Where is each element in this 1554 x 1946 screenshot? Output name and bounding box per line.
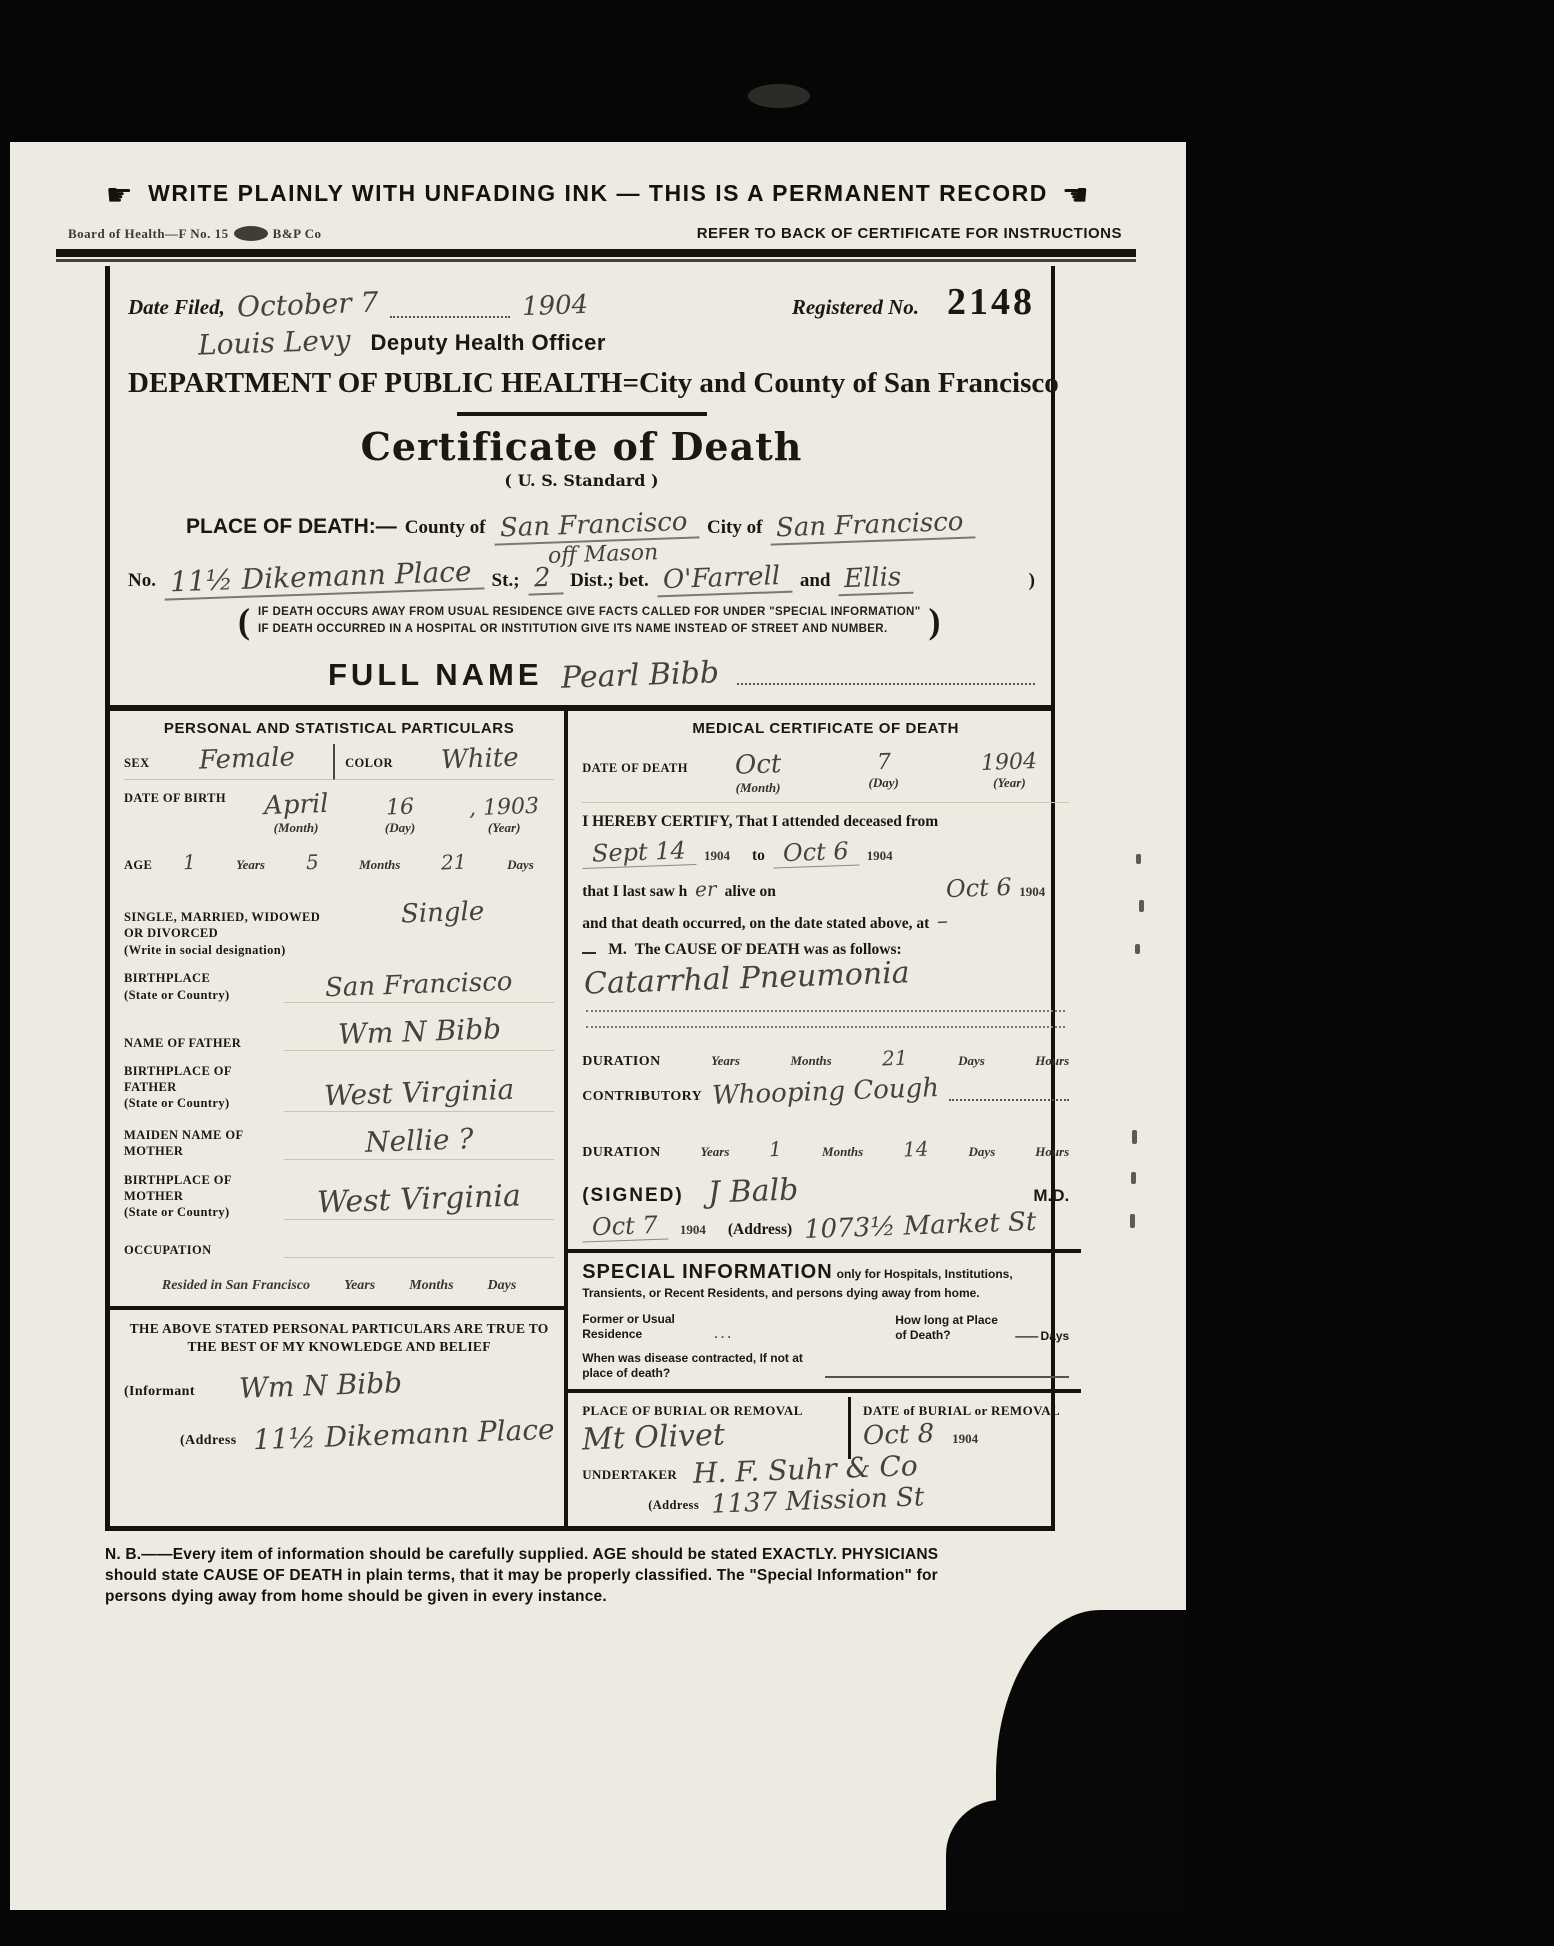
duration-1-years-caption: Years [711,1053,740,1069]
burial-year-value: 1904 [952,1431,978,1446]
duration-2-days-value: 14 [903,1137,929,1162]
date-of-death-field: DATE OF DEATH Oct (Month) 7 (Day) 1904 (… [582,750,1069,803]
father-birthplace-field: BIRTHPLACE OF FATHER (State or Country) … [124,1063,554,1112]
officer-row: Louis Levy Deputy Health Officer [198,326,1035,359]
pen-mark [1132,1130,1137,1144]
mother-birthplace-field: BIRTHPLACE OF MOTHER (State or Country) … [124,1172,554,1221]
occurred-at-value: – [937,909,949,934]
dod-day-value: 7 [876,750,891,775]
disease-contracted-label: When was disease contracted, If not at p… [582,1351,817,1381]
duration-2-years-caption: Years [701,1144,730,1160]
last-saw-date: Oct 6 [945,873,1012,903]
mother-name-label: MAIDEN NAME OF MOTHER [124,1127,274,1160]
father-birthplace-valuewrap: West Virginia [284,1076,554,1112]
duration-2-months-caption: Months [822,1144,863,1160]
city-value: San Francisco [770,506,976,545]
disease-contracted-row: When was disease contracted, If not at p… [582,1351,1069,1381]
informant-row: (Informant Wm N Bibb [124,1369,554,1402]
duration-1-days-value: 21 [882,1046,908,1071]
fill-dash: —— [1015,1329,1037,1343]
special-info-divider [568,1249,1081,1253]
close-paren: ) [1029,570,1035,592]
former-residence-label: Former or Usual Residence [582,1312,692,1342]
occupation-blank-line [284,1232,554,1258]
date-filed-row: Date Filed, October 7 1904 Registered No… [128,280,1035,324]
duration-1-label: DURATION [582,1053,660,1071]
open-paren: ( [238,603,250,639]
full-name-label: FULL NAME [328,657,543,693]
pen-mark [1139,900,1144,912]
resided-days-caption: Days [488,1278,517,1294]
personal-column-title: PERSONAL AND STATISTICAL PARTICULARS [124,711,554,742]
form-number: Board of Health—F No. 15B&P Co [68,226,322,242]
father-birthplace-label-block: BIRTHPLACE OF FATHER (State or Country) [124,1063,274,1112]
occupation-label-block: OCCUPATION [124,1242,274,1258]
sex-label: SEX [124,755,150,771]
registered-no-value: 2148 [947,280,1035,324]
printer-stamp-icon [234,226,268,241]
street-annotation: off Mason [548,540,659,569]
dod-month-caption: (Month) [736,780,781,796]
mother-name-field: MAIDEN NAME OF MOTHER Nellie ? [124,1124,554,1160]
full-name-row: FULL NAME Pearl Bibb [128,657,1035,693]
pen-mark [1136,854,1141,864]
color-field: COLOR White [333,744,554,780]
residence-note-line2: IF DEATH OCCURRED IN A HOSPITAL OR INSTI… [258,621,921,638]
full-name-value: Pearl Bibb [560,655,719,695]
sex-field: SEX Female [124,744,333,780]
to-label: to [752,847,765,865]
informant-address-value: 11½ Dikemann Place [252,1412,555,1456]
dist-label: Dist.; bet. [570,570,649,592]
city-label: City of [707,517,762,539]
informant-value: Wm N Bibb [238,1366,402,1405]
informant-label: (Informant [124,1383,195,1401]
pen-mark [1130,1214,1135,1228]
duration-2-months-value: 1 [769,1137,783,1161]
dod-day-caption: (Day) [869,775,899,791]
sex-color-row: SEX Female COLOR White [124,744,554,780]
street-value: 11½ Dikemann Place [163,554,484,600]
district-value: 2 [527,562,563,595]
duration-1-days-caption: Days [958,1053,985,1069]
dod-day: 7 (Day) [824,750,944,791]
birthplace-valuewrap: San Francisco [284,970,554,1003]
color-value: White [440,743,519,776]
certify-text: I HEREBY CERTIFY, That I attended deceas… [582,813,938,831]
special-info-header: SPECIAL INFORMATION only for Hospitals, … [582,1261,1069,1302]
father-name-field: NAME OF FATHER Wm N Bibb [124,1015,554,1051]
footer-note: N. B.——Every item of information should … [105,1545,993,1608]
and-street-value: Ellis [838,562,914,597]
father-name-value: Wm N Bibb [337,1012,501,1051]
burial-row: PLACE OF BURIAL OR REMOVAL Mt Olivet DAT… [582,1397,1069,1459]
cause-label-line: M. The CAUSE OF DEATH was as follows: [582,941,1069,959]
dob-year-value: , 1903 [469,794,540,821]
certify-line-1: I HEREBY CERTIFY, That I attended deceas… [582,813,1069,831]
date-of-birth-label: DATE OF BIRTH [124,790,242,806]
title-rule [457,412,707,416]
dob-day-value: 16 [386,795,415,821]
signed-row: (SIGNED) J Balb M.D. [582,1174,1069,1209]
last-saw-text: that I last saw h [582,883,687,901]
banner-text: WRITE PLAINLY WITH UNFADING INK — THIS I… [148,180,1048,206]
department-title: DEPARTMENT OF PUBLIC HEALTH=City and Cou… [128,367,1035,400]
mother-birthplace-value: West Virginia [317,1179,522,1221]
occupation-label: OCCUPATION [124,1242,274,1258]
undertaker-label: UNDERTAKER [582,1467,677,1484]
former-residence-field: Former or Usual Residence . . . [582,1312,731,1343]
cause-of-death-value: Catarrhal Pneumonia [584,955,911,1001]
sex-value: Female [199,742,296,775]
duration-2-label: DURATION [582,1144,660,1162]
certificate-title: Certificate of Death [128,424,1035,469]
father-birthplace-value: West Virginia [323,1072,514,1112]
age-label: AGE [124,857,152,873]
age-values: 1 Years 5 Months 21 Days [162,850,554,874]
duration-row-2: DURATION Years 1 Months 14 Days Hours [582,1137,1069,1162]
fill-dots: . . . [714,1327,731,1341]
residence-note: ( IF DEATH OCCURS AWAY FROM USUAL RESIDE… [128,603,1035,639]
undertaker-address-label: (Address [648,1497,699,1513]
physician-signature: J Balb [707,1173,798,1211]
how-long-label: How long at Place of Death? [895,1313,1003,1343]
county-label: County of [405,517,486,539]
columns: PERSONAL AND STATISTICAL PARTICULARS SEX… [110,711,1051,1526]
marital-value: Single [401,897,485,930]
resided-months-caption: Months [409,1278,453,1294]
printer-name: B&P Co [273,226,322,241]
fill-line [586,1026,1065,1028]
form-meta-row: Board of Health—F No. 15B&P Co REFER TO … [10,213,1186,244]
place-of-death-row: PLACE OF DEATH:— County of San Francisco… [128,510,1035,542]
attended-to-year: 1904 [867,848,893,864]
date-of-birth-field: DATE OF BIRTH April (Month) 16 (Day) , 1… [124,790,554,836]
signed-label: (SIGNED) [582,1185,684,1207]
dod-month: Oct (Month) [698,750,818,796]
certify-line-2: Sept 14 1904 to Oct 6 1904 [582,838,1069,867]
officer-title: Deputy Health Officer [371,330,606,356]
father-name-label: NAME OF FATHER [124,1035,274,1051]
days-unit-label: Days [1041,1329,1070,1343]
contributory-label: CONTRIBUTORY [582,1088,702,1106]
duration-2-days-caption: Days [969,1144,996,1160]
burial-divider [568,1389,1081,1393]
marital-field: SINGLE, MARRIED, WIDOWED OR DIVORCED (Wr… [124,888,554,958]
birthplace-field: BIRTHPLACE (State or Country) San Franci… [124,970,554,1003]
age-months-value: 5 [305,850,319,874]
certify-line-4: and that death occurred, on the date sta… [582,909,1069,934]
years-caption: Years [236,857,265,873]
duration-1-months-caption: Months [790,1053,831,1069]
scan-smudge-artifact [748,84,810,108]
dob-month: April (Month) [246,790,346,836]
mother-birthplace-valuewrap: West Virginia [284,1182,554,1220]
scan-thumb-artifact [996,1610,1186,1910]
contributory-row: CONTRIBUTORY Whooping Cough [582,1077,1069,1107]
duration-2-hours-caption: Hours [1035,1144,1069,1160]
signed-date-row: Oct 7 1904 (Address) 1073½ Market St [582,1211,1069,1241]
certify-line-3: that I last saw h er alive on Oct 6 1904 [582,874,1069,902]
dod-month-value: Oct [734,749,781,781]
burial-place-value: Mt Olivet [582,1418,726,1458]
dob-year: , 1903 (Year) [454,795,554,836]
certificate-page: ☛WRITE PLAINLY WITH UNFADING INK — THIS … [10,142,1186,1910]
signed-date-value: Oct 7 [582,1211,669,1243]
county-value: San Francisco [493,506,699,545]
dob-day-caption: (Day) [385,820,415,836]
dod-year-caption: (Year) [993,775,1026,791]
between-street-value: O'Farrell [656,561,792,598]
age-field: AGE 1 Years 5 Months 21 Days [124,850,554,874]
mother-name-label-block: MAIDEN NAME OF MOTHER [124,1127,274,1160]
informant-divider [110,1306,564,1310]
date-of-death-label: DATE OF DEATH [582,750,692,776]
certificate-subtitle: ( U. S. Standard ) [128,471,1035,490]
mother-birthplace-label: BIRTHPLACE OF MOTHER [124,1172,274,1205]
residence-note-text: IF DEATH OCCURS AWAY FROM USUAL RESIDENC… [258,604,921,639]
mother-birthplace-caption: (State or Country) [124,1204,274,1220]
resided-label: Resided in San Francisco [162,1278,310,1294]
st-label: St.; [492,570,520,592]
fill-line [737,683,1035,685]
medical-column-title: MEDICAL CERTIFICATE OF DEATH [582,711,1069,742]
certificate-frame: Date Filed, October 7 1904 Registered No… [105,266,1055,1531]
date-filed-year: 1904 [522,290,589,322]
father-name-label-block: NAME OF FATHER [124,1035,274,1051]
signed-year: 1904 [680,1222,706,1238]
last-saw-text-2: alive on [725,883,776,901]
divider-bar-thin [56,259,1136,262]
form-number-text: Board of Health—F No. 15 [68,226,229,241]
fill-line [586,1010,1065,1012]
medical-column: MEDICAL CERTIFICATE OF DEATH DATE OF DEA… [564,711,1081,1526]
burial-place-field: PLACE OF BURIAL OR REMOVAL Mt Olivet [582,1397,851,1459]
how-long-days: —— Days [1015,1329,1069,1343]
duration-row-1: DURATION Years Months 21 Days Hours [582,1046,1069,1071]
meridiem-label: M. [608,941,627,959]
occurred-text: and that death occurred, on the date sta… [582,915,929,933]
pointing-hand-right-icon: ☛ [106,178,134,213]
close-paren-2: ) [929,603,941,639]
special-info-title: SPECIAL INFORMATION [582,1261,832,1283]
contributory-value: Whooping Cough [712,1073,940,1111]
undertaker-address-row: (Address 1137 Mission St [582,1486,1069,1516]
how-long-field: How long at Place of Death? —— Days [895,1313,1069,1343]
residence-note-line1: IF DEATH OCCURS AWAY FROM USUAL RESIDENC… [258,604,921,621]
father-birthplace-label: BIRTHPLACE OF FATHER [124,1063,274,1096]
and-label: and [800,570,831,592]
attended-from-value: Sept 14 [582,836,697,869]
fill-line [390,316,510,318]
mother-name-valuewrap: Nellie ? [284,1124,554,1160]
hour-blank-line [582,952,596,954]
truth-statement: THE ABOVE STATED PERSONAL PARTICULARS AR… [124,1320,554,1356]
last-saw-fill: er [695,877,717,902]
mother-name-value: Nellie ? [364,1122,474,1159]
refer-note: REFER TO BACK OF CERTIFICATE FOR INSTRUC… [697,225,1122,242]
marital-sublabel: (Write in social designation) [124,942,324,958]
resided-row: Resided in San Francisco Years Months Da… [124,1278,554,1294]
place-of-death-label: PLACE OF DEATH:— [186,515,397,539]
special-info-row: Former or Usual Residence . . . How long… [582,1312,1069,1343]
fill-line [825,1376,1069,1378]
physician-address-value: 1073½ Market St [804,1207,1037,1245]
father-birthplace-caption: (State or Country) [124,1095,274,1111]
dod-year: 1904 (Year) [950,750,1070,791]
birthplace-label: BIRTHPLACE [124,970,274,986]
dob-month-value: April [263,789,328,821]
last-saw-year: 1904 [1019,884,1045,900]
color-label: COLOR [345,755,393,771]
father-name-valuewrap: Wm N Bibb [284,1015,554,1051]
dod-year-value: 1904 [981,749,1038,776]
age-years-value: 1 [182,850,196,874]
banner: ☛WRITE PLAINLY WITH UNFADING INK — THIS … [10,178,1186,213]
dob-day: 16 (Day) [350,795,450,836]
officer-signature: Louis Levy [197,323,351,361]
resided-years-caption: Years [344,1278,375,1294]
physician-address-label: (Address) [728,1221,792,1239]
registered-no-label: Registered No. [792,295,919,320]
birthplace-caption: (State or Country) [124,987,274,1003]
cause-of-death-row: Catarrhal Pneumonia [582,961,1069,996]
occupation-field: OCCUPATION [124,1232,554,1258]
months-caption: Months [359,857,400,873]
fill-line [949,1099,1069,1101]
undertaker-address-value: 1137 Mission St [711,1482,925,1519]
birthplace-value: San Francisco [325,966,513,1003]
marital-label: SINGLE, MARRIED, WIDOWED OR DIVORCED [124,909,324,942]
duration-1-hours-caption: Hours [1035,1053,1069,1069]
burial-date-label: DATE of BURIAL or REMOVAL [863,1403,1069,1420]
age-days-value: 21 [441,850,467,875]
mother-birthplace-label-block: BIRTHPLACE OF MOTHER (State or Country) [124,1172,274,1221]
days-caption: Days [507,857,534,873]
divider-bar [56,249,1136,257]
personal-column: PERSONAL AND STATISTICAL PARTICULARS SEX… [110,711,564,1526]
informant-address-row: (Address 11½ Dikemann Place [124,1418,554,1451]
dob-month-caption: (Month) [274,820,319,836]
burial-date-value: Oct 8 [862,1419,934,1451]
attended-to-value: Oct 6 [772,837,859,869]
dob-year-caption: (Year) [488,820,521,836]
birthplace-label-block: BIRTHPLACE (State or Country) [124,970,274,1003]
date-filed-label: Date Filed, [128,295,225,320]
marital-label-block: SINGLE, MARRIED, WIDOWED OR DIVORCED (Wr… [124,909,324,958]
attended-from-year: 1904 [704,848,730,864]
md-label: M.D. [1033,1186,1069,1206]
pen-mark [1135,944,1140,954]
pen-mark [1131,1172,1136,1184]
pointing-hand-left-icon: ☚ [1062,178,1090,213]
informant-address-label: (Address [180,1432,237,1450]
no-label: No. [128,570,156,592]
date-filed-value: October 7 [236,286,378,324]
